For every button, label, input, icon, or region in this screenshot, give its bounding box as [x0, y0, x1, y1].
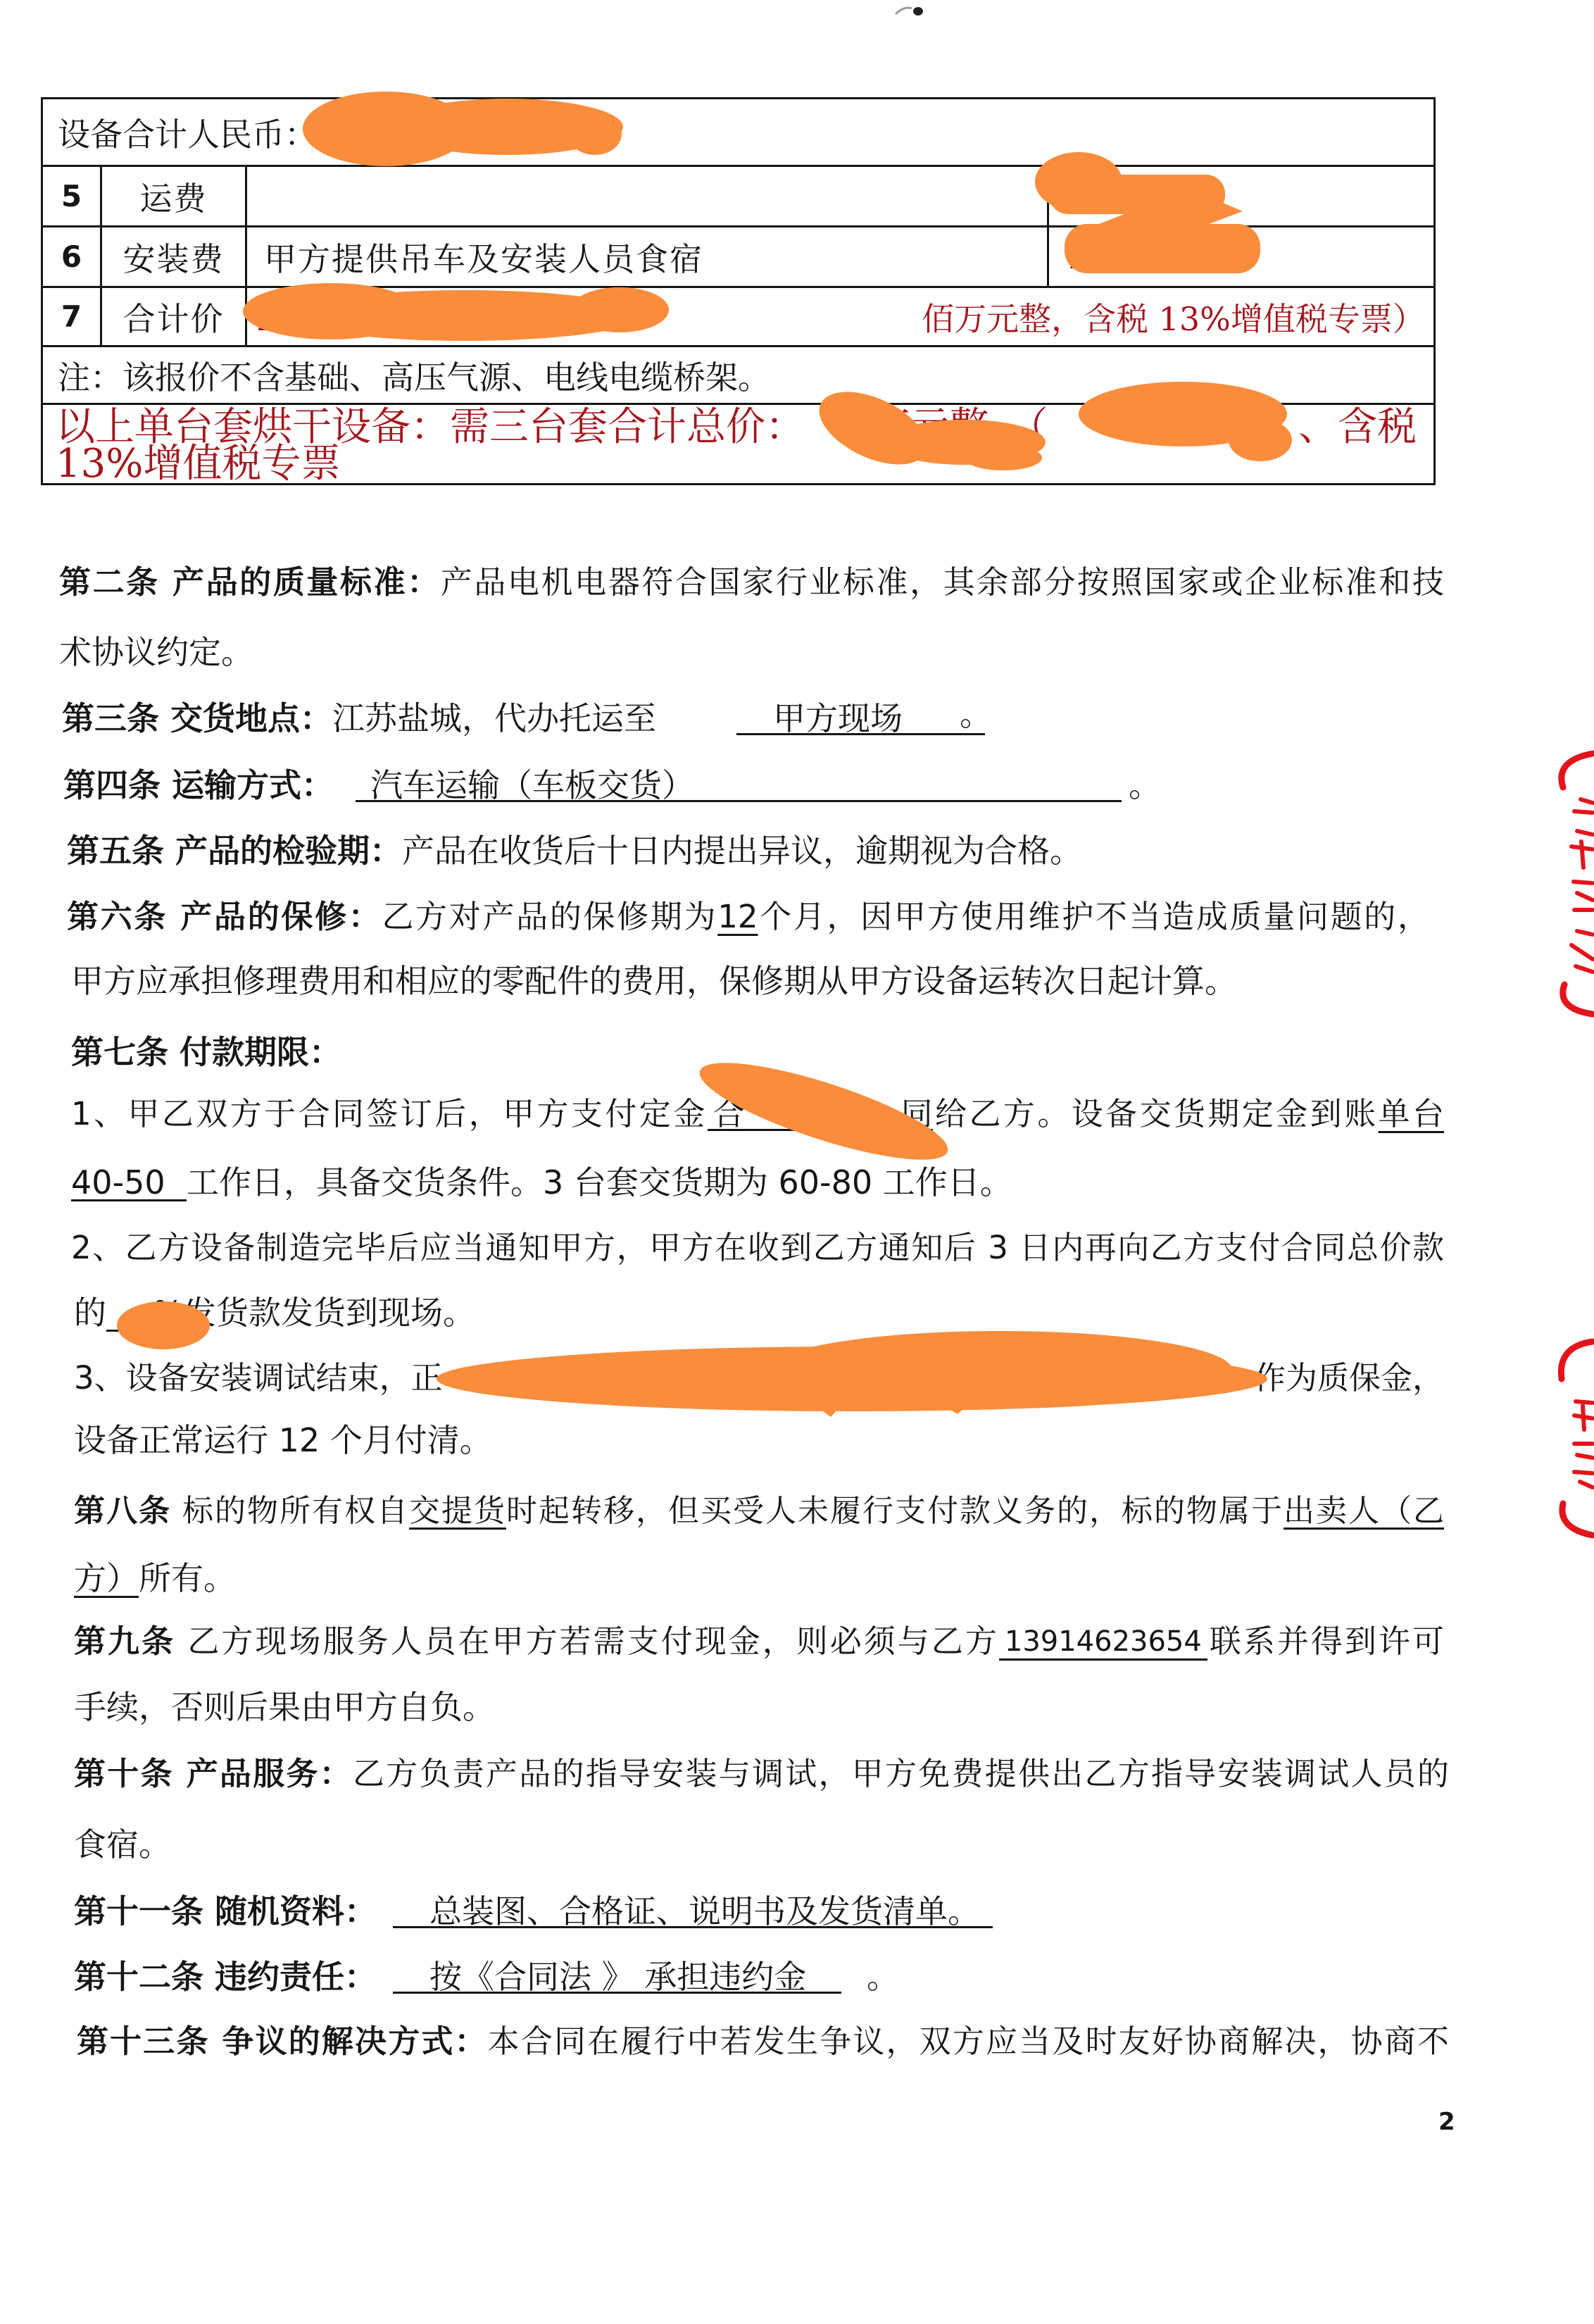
clause-2-line-2: 术协议约定。: [59, 631, 253, 673]
clause-text: 工作日，具备交货条件。3 台套交货期为 60-80 工作日。: [187, 1163, 1012, 1201]
seal-stamp-fragment-upper: [1562, 754, 1593, 1014]
clause-heading: 第十三条 争议的解决方式：: [77, 2023, 488, 2060]
row-amount-value: 1: [1066, 238, 1086, 276]
equipment-total-value: 1: [317, 115, 337, 154]
quote-table: 设备合计人民币：1 5 运费 万元 6 安装费 甲方提供吊车及安装人员食宿 1 …: [41, 97, 1436, 485]
clause-text: 1、甲乙双方于合同签订后，甲方支付定金: [71, 1095, 708, 1132]
clause-text: 本合同在履行中若发生争议，双方应当及时友好协商解决，协商不: [488, 2023, 1449, 2060]
scan-artifact: [896, 7, 923, 15]
delivery-days-field: 40-50: [71, 1166, 187, 1201]
clause-heading: 第九条: [74, 1623, 175, 1660]
clause-10-line-2: 食宿。: [74, 1823, 171, 1866]
row-amount-value: 万元: [1127, 173, 1191, 220]
clause-text: 食宿。: [74, 1825, 171, 1863]
row-number: 5: [42, 166, 101, 227]
clause-11: 第十一条 随机资料： 总装图、合格证、说明书及发货清单。: [74, 1890, 1060, 1932]
clause-text: 术协议约定。: [59, 633, 253, 671]
note-text: 注：该报价不含基础、高压气源、电线电缆桥架。: [58, 358, 770, 396]
summary-text-c: 、含税: [1298, 408, 1417, 447]
delivery-period-label: 单台: [1379, 1095, 1444, 1132]
clause-text: 甲方应承担修理费用和相应的零配件的费用，保修期从甲方设备运转次日起计算。: [71, 962, 1237, 1000]
clause-text: 乙方负责产品的指导安装与调试，甲方免费提供出乙方指导安装调试人员的: [353, 1755, 1449, 1792]
clause-7-item-1-line-1: 1、甲乙双方于合同签订后，甲方支付定金合同给乙方。设备交货期定金到账单台: [71, 1093, 1444, 1135]
summary-cell: 以上单台套烘干设备：需三台套合计总价： 0万元整，（ 、含税 13%增值税专票: [42, 404, 1435, 485]
clause-7-item-3-line-1: 3、设备安装调试结束，正作为质保金，: [74, 1357, 1444, 1399]
period: 。: [1129, 764, 1161, 806]
seal-stamp-fragment-lower: [1561, 1342, 1593, 1535]
clause-heading: 第六条 产品的保修：: [67, 898, 382, 935]
clause-text: 时起转移，但买受人未履行支付款义务的，标的物属于: [506, 1493, 1284, 1529]
clause-7-item-1-line-2: 40-50工作日，具备交货条件。3 台套交货期为 60-80 工作日。: [71, 1161, 1012, 1204]
contact-phone: 13914623654: [999, 1625, 1207, 1661]
clause-heading: 第八条: [74, 1493, 171, 1529]
row-description: 甲方提供吊车及安装人员食宿: [246, 227, 1048, 287]
clause-text: 产品在收货后十日内提出异议，逾期视为合格。: [402, 832, 1082, 870]
clause-text: 产品电机电器符合国家行业标准，其余部分按照国家或企业标准和技: [441, 563, 1444, 601]
clause-3: 第三条 交货地点：江苏盐城，代办托运至 甲方现场 。: [62, 697, 1118, 739]
clause-heading: 第十二条 违约责任：: [74, 1958, 377, 1996]
accessories-field: 总装图、合格证、说明书及发货清单。: [393, 1894, 993, 1928]
deposit-field: 合同: [708, 1097, 933, 1131]
clause-text: 乙方现场服务人员在甲方若需支付现金，则必须与乙方: [175, 1623, 999, 1660]
clause-7-item-2-line-2: 的%发货款发货到现场。: [74, 1292, 475, 1334]
total-price-amount: 200.0 万: [256, 294, 391, 340]
clause-text: 所有。: [139, 1559, 236, 1597]
row-item: 合计价: [101, 287, 246, 346]
clause-7-item-3-line-2: 设备正常运行 12 个月付清。: [74, 1419, 492, 1461]
accessories-value: 总装图、合格证、说明书及发货清单。: [429, 1892, 980, 1930]
clause-2-line-1: 第二条 产品的质量标准：产品电机电器符合国家行业标准，其余部分按照国家或企业标准…: [59, 561, 1444, 604]
row-amount: 万元: [1048, 166, 1435, 227]
clause-text: 设备正常运行 12 个月付清。: [74, 1421, 492, 1459]
clause-text: 给乙方。设备交货期定金到账: [933, 1095, 1379, 1132]
table-row-note: 注：该报价不含基础、高压气源、电线电缆桥架。: [42, 346, 1435, 404]
clause-heading: 第七条 付款期限：: [71, 1033, 341, 1071]
owner-party: 方）: [74, 1559, 139, 1597]
clause-heading: 第十一条 随机资料：: [74, 1892, 377, 1930]
table-row: 6 安装费 甲方提供吊车及安装人员食宿 1: [42, 227, 1435, 287]
clause-text: 乙方对产品的保修期为: [382, 898, 717, 935]
period: 。: [867, 1956, 899, 1998]
row-amount: 1: [1048, 227, 1435, 287]
transport-method-field: 汽车运输（车板交货）: [356, 768, 1122, 802]
row-number: 6: [42, 227, 101, 287]
clause-text: 2、乙方设备制造完毕后应当通知甲方，甲方在收到乙方通知后 3 日内再向乙方支付合…: [71, 1229, 1444, 1266]
table-row-total-price: 7 合计价 200.0 万 佰万元整，含税 13%增值税专票）: [42, 287, 1435, 346]
equipment-total-label: 设备合计人民币：: [58, 115, 317, 154]
clause-text: 标的物所有权自: [171, 1493, 409, 1529]
clause-text: 作为质保金，: [1254, 1357, 1444, 1399]
equipment-total-cell: 设备合计人民币：1: [42, 99, 1435, 166]
clause-5: 第五条 产品的检验期：产品在收货后十日内提出异议，逾期视为合格。: [67, 830, 1082, 872]
clause-heading: 第二条 产品的质量标准：: [59, 563, 441, 601]
total-price-tax-note: 佰万元整，含税 13%增值税专票）: [922, 294, 1425, 340]
clause-heading: 第四条 运输方式：: [63, 766, 334, 804]
clause-13-line-1: 第十三条 争议的解决方式：本合同在履行中若发生争议，双方应当及时友好协商解决，协…: [77, 2020, 1449, 2063]
clause-6-line-2: 甲方应承担修理费用和相应的零配件的费用，保修期从甲方设备运转次日起计算。: [71, 960, 1237, 1002]
page-number: 2: [1438, 2108, 1455, 2136]
table-row-summary: 以上单台套烘干设备：需三台套合计总价： 0万元整，（ 、含税 13%增值税专票: [42, 404, 1435, 485]
table-row-equipment-total: 设备合计人民币：1: [42, 99, 1435, 166]
clause-text: 江苏盐城，代办托运至: [332, 699, 656, 737]
clause-6-line-1: 第六条 产品的保修：乙方对产品的保修期为12个月，因甲方使用维护不当造成质量问题…: [67, 896, 1429, 938]
clause-10-line-1: 第十条 产品服务：乙方负责产品的指导安装与调试，甲方免费提供出乙方指导安装调试人…: [74, 1753, 1449, 1795]
clause-heading: 第五条 产品的检验期：: [67, 832, 402, 870]
note-cell: 注：该报价不含基础、高压气源、电线电缆桥架。: [42, 346, 1435, 404]
clause-text: 个月，因甲方使用维护不当造成质量问题的，: [758, 898, 1429, 935]
clause-7-heading: 第七条 付款期限：: [71, 1031, 341, 1073]
summary-text-line2: 13%增值税专票: [56, 444, 340, 484]
clause-8-line-2: 方）所有。: [74, 1557, 236, 1599]
clause-text: 手续，否则后果由甲方自负。: [74, 1688, 495, 1726]
liability-field: 按《合同法 》 承担违约金: [393, 1960, 841, 1994]
clause-9-line-1: 第九条 乙方现场服务人员在甲方若需支付现金，则必须与乙方13914623654联…: [74, 1620, 1444, 1663]
clause-heading: 第十条 产品服务：: [74, 1755, 353, 1792]
table-row: 5 运费 万元: [42, 166, 1435, 227]
clause-text: 的: [74, 1294, 106, 1332]
clause-text: 发货款发货到现场。: [184, 1294, 475, 1332]
liability-value: 按《合同法 》 承担违约金: [429, 1958, 806, 1996]
row-item: 运费: [101, 166, 246, 227]
clause-7-item-2-line-1: 2、乙方设备制造完毕后应当通知甲方，甲方在收到乙方通知后 3 日内再向乙方支付合…: [71, 1227, 1444, 1269]
warranty-months: 12: [717, 898, 758, 935]
row-number: 7: [42, 287, 101, 346]
payment-percent-field: %: [106, 1296, 184, 1332]
total-price-cell: 200.0 万 佰万元整，含税 13%增值税专票）: [246, 287, 1435, 346]
clause-text: 3、设备安装调试结束，正: [74, 1357, 443, 1399]
clause-4: 第四条 运输方式： 汽车运输（车板交货） 。: [63, 764, 1162, 806]
clause-8-line-1: 第八条 标的物所有权自交提货时起转移，但买受人未履行支付款义务的，标的物属于出卖…: [74, 1490, 1444, 1532]
transport-method-value: 汽车运输（车板交货）: [370, 766, 694, 804]
summary-text-b: 0万元整，（: [846, 408, 1048, 447]
transfer-point: 交提货: [409, 1493, 506, 1529]
clause-12: 第十二条 违约责任： 按《合同法 》 承担违约金 。: [74, 1956, 919, 1998]
row-description: [246, 166, 1048, 227]
delivery-location-value: 甲方现场: [773, 699, 903, 737]
contract-page: 设备合计人民币：1 5 运费 万元 6 安装费 甲方提供吊车及安装人员食宿 1 …: [0, 0, 1594, 2324]
owner-party: 出卖人（乙: [1284, 1493, 1444, 1529]
period: 。: [960, 697, 992, 731]
clause-text: 联系并得到许可: [1207, 1623, 1444, 1660]
row-item: 安装费: [101, 227, 246, 287]
clause-9-line-2: 手续，否则后果由甲方自负。: [74, 1686, 495, 1728]
delivery-location-field: 甲方现场 。: [736, 701, 985, 735]
clause-heading: 第三条 交货地点：: [62, 699, 332, 737]
